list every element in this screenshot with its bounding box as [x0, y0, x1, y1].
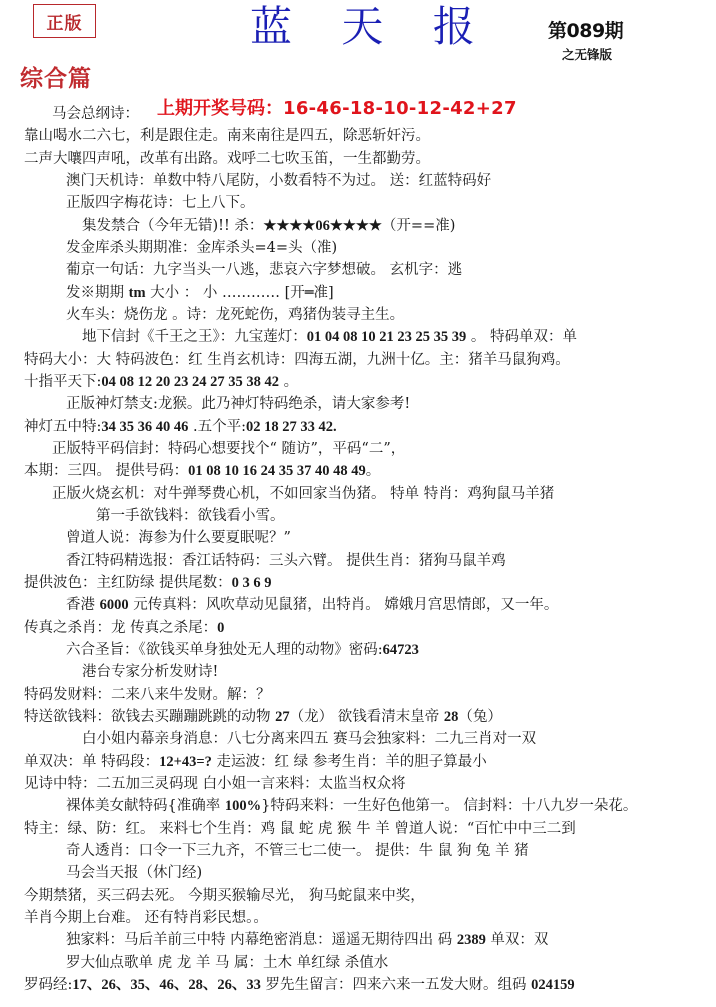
line-text: 。 [279, 374, 298, 390]
last-draw-label: 上期开奖号码： [157, 98, 283, 119]
line-text: 走运波：红 绿 参考生肖：羊的胆子算最小 [212, 754, 487, 770]
highlight-numbers: ★★★★06★★★★ [263, 218, 382, 234]
line-text: 第一手欲钱料：欲钱看小雪。 [96, 508, 285, 524]
edition-label: 之无锋版 [562, 45, 612, 63]
text-line: 十指平天下:04 08 12 20 23 24 27 35 38 42 。 [24, 372, 298, 394]
line-text: 单双：双 [486, 932, 549, 948]
line-text: 神灯五中特: [24, 419, 101, 435]
highlight-numbers: 04 08 12 20 23 24 27 35 38 42 [101, 374, 279, 390]
highlight-numbers: 100% [225, 798, 261, 814]
line-text: 单双决：单 特码段： [24, 754, 159, 770]
text-line: 奇人透肖：口令一下三九齐，不管三七二使一。 提供：牛 鼠 狗 兔 羊 猪 [66, 841, 529, 863]
last-draw-numbers: 16-46-18-10-12-42+27 [283, 98, 517, 119]
line-text: 白小姐内幕亲身消息：八七分离来四五 赛马会独家料：二九三肖对一双 [82, 731, 536, 747]
text-line: 港台专家分析发财诗! [82, 662, 218, 684]
line-text: 十指平天下: [24, 374, 101, 390]
highlight-numbers: 27 [275, 709, 290, 725]
section-title: 综合篇 [20, 60, 92, 93]
text-line: 羊肖今期上台难。 还有特肖彩民想。。 [24, 908, 268, 930]
text-line: 正版神灯禁支:龙猴。此乃神灯特码绝杀，请大家参考! [66, 394, 410, 416]
line-text: 港台专家分析发财诗! [82, 664, 218, 680]
line-text: 集发禁合（今年无错)!! 杀： [82, 218, 263, 234]
line-text: 澳门天机诗：单数中特八尾防，小数看特不为过。 送：红蓝特码好 [66, 173, 491, 189]
text-line: 二声大嚷四声吼，改革有出路。戏呼二七吹玉笛，一生都勤劳。 [24, 149, 430, 171]
text-line: 独家料：马后羊前三中特 内幕绝密消息：遥遥无期待四出 码 2389 单双：双 [66, 930, 548, 952]
line-text: 特主：绿、防：红。 来料七个生肖：鸡 鼠 蛇 虎 猴 牛 羊 曾道人说：“百忙中… [24, 821, 576, 837]
line-text: 六合圣旨：《欲钱买单身独处无人理的动物》密码: [66, 642, 383, 658]
text-line: 正版火烧玄机：对牛弹琴费心机，不如回家当伪猪。 特单 特肖：鸡狗鼠马羊猪 [52, 484, 554, 506]
text-line: 提供波色：主红防绿 提供尾数：0 3 6 9 [24, 573, 271, 595]
highlight-numbers: 024159 [531, 977, 575, 993]
text-line: 曾道人说：海参为什么要夏眠呢？” [66, 528, 291, 550]
line-text: 马会当天报（休门经) [66, 865, 202, 881]
line-text: 香港 [66, 597, 100, 613]
highlight-numbers: 01 04 08 10 21 23 25 35 39 [307, 329, 467, 345]
line-text: 裸体美女献特码{准确率 [66, 798, 225, 814]
line-text: 正版神灯禁支:龙猴。此乃神灯特码绝杀，请大家参考! [66, 396, 410, 412]
line-text: 火车头：烧伤龙 。诗：龙死蛇伤，鸡猪伪装寻主生。 [66, 307, 404, 323]
line-text: （兔） [458, 709, 502, 725]
highlight-numbers: tm [129, 285, 146, 301]
text-line: 马会总纲诗： [52, 104, 139, 126]
text-line: 裸体美女献特码{准确率 100%}特码来料：一生好色他第一。 信封料：十八九岁一… [66, 796, 637, 818]
line-text: 罗先生留言：四来六来一五发大财。组码 [261, 977, 531, 993]
highlight-numbers: 28 [444, 709, 459, 725]
text-line: 正版四字梅花诗：七上八下。 [66, 193, 255, 215]
text-line: 特码大小：大 特码波色：红 生肖玄机诗：四海五湖，九洲十亿。主：猪羊马鼠狗鸡。 [24, 350, 570, 372]
highlight-numbers: 0 3 6 9 [232, 575, 272, 591]
line-text: （开==准) [382, 218, 455, 234]
highlight-numbers: 17、26、35、46、28、26、33 [72, 977, 261, 993]
text-line: 第一手欲钱料：欲钱看小雪。 [96, 506, 285, 528]
highlight-numbers: 02 18 27 33 42. [246, 419, 337, 435]
text-line: 特主：绿、防：红。 来料七个生肖：鸡 鼠 蛇 虎 猴 牛 羊 曾道人说：“百忙中… [24, 819, 576, 841]
text-line: 马会当天报（休门经) [66, 863, 202, 885]
text-line: 香港 6000 元传真料：风吹草动见鼠猪，出特肖。 嫦娥月宫思情郎，又一年。 [66, 595, 558, 617]
highlight-numbers: 64723 [383, 642, 419, 658]
text-line: 见诗中特：二五加三灵码现 白小姐一言来料：太监当权众将 [24, 774, 406, 796]
text-line: 特码发财料：二来八来牛发财。解：？ [24, 685, 271, 707]
text-line: 白小姐内幕亲身消息：八七分离来四五 赛马会独家料：二九三肖对一双 [82, 729, 536, 751]
line-text: 大小 ： 小 ………… [开═准] [146, 285, 334, 301]
text-line: 六合圣旨：《欲钱买单身独处无人理的动物》密码:64723 [66, 640, 419, 662]
line-text: }特码来料：一生好色他第一。 信封料：十八九岁一朵花。 [261, 798, 637, 814]
text-line: 特送欲钱料：欲钱去买蹦蹦跳跳的动物 27（龙） 欲钱看清末皇帝 28（兔） [24, 707, 502, 729]
text-line: 罗码经:17、26、35、46、28、26、33 罗先生留言：四来六来一五发大财… [24, 975, 575, 997]
highlight-numbers: 2389 [457, 932, 486, 948]
text-line: 集发禁合（今年无错)!! 杀：★★★★06★★★★（开==准) [82, 216, 455, 238]
line-text: 香江特码精选报：香江话特码：三头六臂。 提供生肖：猪狗马鼠羊鸡 [66, 553, 506, 569]
highlight-numbers: 0 [217, 620, 224, 636]
line-text: 奇人透肖：口令一下三九齐，不管三七二使一。 提供：牛 鼠 狗 兔 羊 猪 [66, 843, 529, 859]
line-text: 。 [366, 463, 381, 479]
line-text: 曾道人说：海参为什么要夏眠呢？” [66, 530, 291, 546]
line-text: 罗大仙点歌单 虎 龙 羊 马 属：土木 单红绿 杀值水 [66, 955, 388, 971]
line-text: 罗码经: [24, 977, 72, 993]
line-text: 正版特平码信封：特码心想要找个“ 随访”，平码“二”， [52, 441, 405, 457]
line-text: 马会总纲诗： [52, 106, 139, 122]
line-text: 元传真料：风吹草动见鼠猪，出特肖。 嫦娥月宫思情郎，又一年。 [129, 597, 559, 613]
line-text: 独家料：马后羊前三中特 内幕绝密消息：遥遥无期待四出 码 [66, 932, 457, 948]
official-edition-stamp: 正版 [33, 4, 96, 38]
last-draw-result: 上期开奖号码：16-46-18-10-12-42+27 [157, 94, 517, 120]
text-line: 地下信封《千王之王》：九宝莲灯：01 04 08 10 21 23 25 35 … [82, 327, 577, 349]
line-text: 今期禁猪，买三码去死。 今期买猴输尽光， 狗马蛇鼠来中奖， [24, 888, 425, 904]
text-line: 单双决：单 特码段：12+43=? 走运波：红 绿 参考生肖：羊的胆子算最小 [24, 752, 487, 774]
text-line: 火车头：烧伤龙 。诗：龙死蛇伤，鸡猪伪装寻主生。 [66, 305, 404, 327]
line-text: 葡京一句话：九字当头一八逃，悲哀六字梦想破。 玄机字：逃 [66, 262, 462, 278]
issue-number: 第089期 [548, 16, 623, 43]
text-line: 今期禁猪，买三码去死。 今期买猴输尽光， 狗马蛇鼠来中奖， [24, 886, 425, 908]
line-text: 发金库杀头期期准：金库杀头=4=头（准) [66, 240, 337, 256]
text-line: 传真之杀肖：龙 传真之杀尾：0 [24, 618, 224, 640]
highlight-numbers: 34 35 36 40 46 [101, 419, 188, 435]
line-text: （龙） 欲钱看清末皇帝 [290, 709, 444, 725]
line-text: 羊肖今期上台难。 还有特肖彩民想。。 [24, 910, 268, 926]
line-text: 二声大嚷四声吼，改革有出路。戏呼二七吹玉笛，一生都勤劳。 [24, 151, 430, 167]
text-line: 罗大仙点歌单 虎 龙 羊 马 属：土木 单红绿 杀值水 [66, 953, 388, 975]
line-text: 正版火烧玄机：对牛弹琴费心机，不如回家当伪猪。 特单 特肖：鸡狗鼠马羊猪 [52, 486, 554, 502]
text-line: 正版特平码信封：特码心想要找个“ 随访”，平码“二”， [52, 439, 405, 461]
line-text: 靠山喝水二六七，利是跟住走。南来南往是四五，除恶斩奸污。 [24, 128, 430, 144]
line-text: 提供波色：主红防绿 提供尾数： [24, 575, 232, 591]
line-text: 本期：三四。 提供号码： [24, 463, 188, 479]
highlight-numbers: 01 08 10 16 24 35 37 40 48 49 [188, 463, 366, 479]
text-line: 发※期期 tm 大小 ： 小 ………… [开═准] [66, 283, 334, 305]
line-text: 发※期期 [66, 285, 129, 301]
line-text: 传真之杀肖：龙 传真之杀尾： [24, 620, 217, 636]
text-line: 本期：三四。 提供号码：01 08 10 16 24 35 37 40 48 4… [24, 461, 380, 483]
line-text: 正版四字梅花诗：七上八下。 [66, 195, 255, 211]
highlight-numbers: 12+43=? [159, 754, 212, 770]
text-line: 神灯五中特:34 35 36 40 46 .五个平:02 18 27 33 42… [24, 417, 337, 439]
newspaper-title: 蓝 天 报 [250, 2, 450, 52]
line-text: 地下信封《千王之王》：九宝莲灯： [82, 329, 307, 345]
line-text: 。 特码单双：单 [466, 329, 577, 345]
text-line: 发金库杀头期期准：金库杀头=4=头（准) [66, 238, 337, 260]
line-text: 见诗中特：二五加三灵码现 白小姐一言来料：太监当权众将 [24, 776, 406, 792]
highlight-numbers: 6000 [100, 597, 129, 613]
text-line: 香江特码精选报：香江话特码：三头六臂。 提供生肖：猪狗马鼠羊鸡 [66, 551, 506, 573]
text-line: 葡京一句话：九字当头一八逃，悲哀六字梦想破。 玄机字：逃 [66, 260, 462, 282]
line-text: 特码大小：大 特码波色：红 生肖玄机诗：四海五湖，九洲十亿。主：猪羊马鼠狗鸡。 [24, 352, 570, 368]
line-text: .五个平: [188, 419, 246, 435]
line-text: 特码发财料：二来八来牛发财。解：？ [24, 687, 271, 703]
text-line: 澳门天机诗：单数中特八尾防，小数看特不为过。 送：红蓝特码好 [66, 171, 491, 193]
text-line: 靠山喝水二六七，利是跟住走。南来南往是四五，除恶斩奸污。 [24, 126, 430, 148]
line-text: 特送欲钱料：欲钱去买蹦蹦跳跳的动物 [24, 709, 275, 725]
